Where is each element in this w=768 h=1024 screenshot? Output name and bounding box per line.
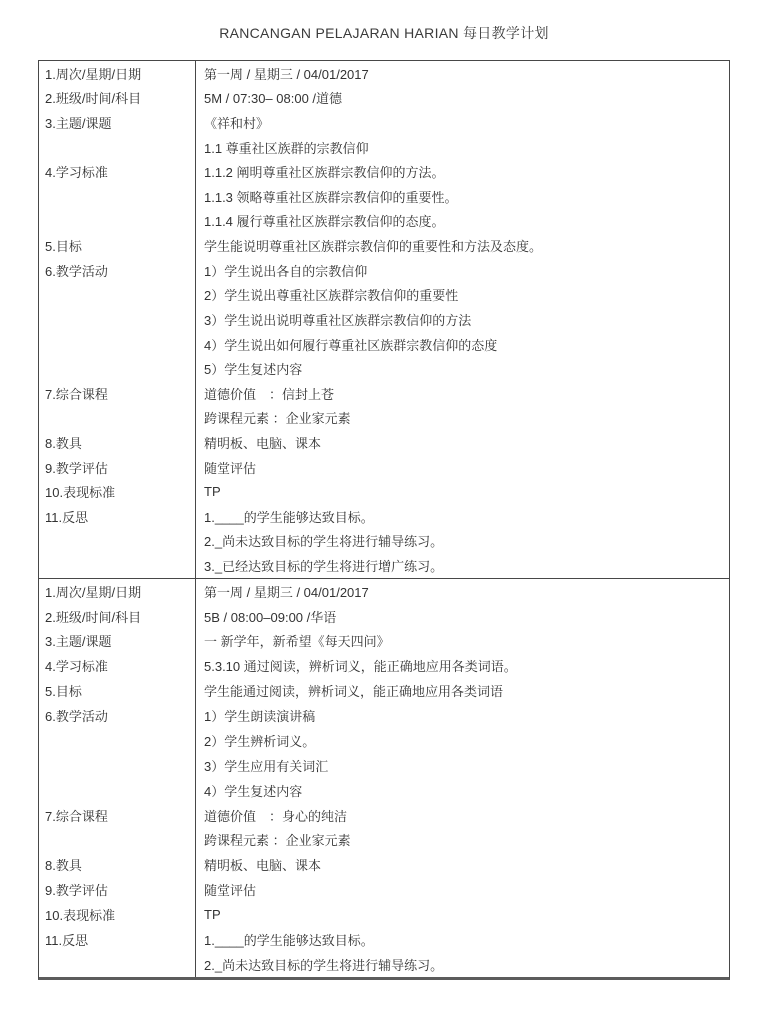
row-label: 5.目标 bbox=[39, 678, 196, 703]
table-row: 3）学生应用有关词汇 bbox=[39, 753, 729, 778]
row-label: 9.教学评估 bbox=[39, 877, 196, 902]
row-label bbox=[39, 356, 196, 381]
document-page: RANCANGAN PELAJARAN HARIAN 每日教学计划 1.周次/星… bbox=[0, 0, 768, 1024]
table-row: 5）学生复述内容 bbox=[39, 356, 729, 381]
row-content: TP bbox=[196, 902, 729, 927]
table-row: 跨课程元素 ：企业家元素 bbox=[39, 828, 729, 853]
row-content: 随堂评估 bbox=[196, 455, 729, 480]
row-content: 2）学生说出尊重社区族群宗教信仰的重要性 bbox=[196, 282, 729, 307]
row-label: 1.周次/星期/日期 bbox=[39, 61, 196, 86]
table-row: 5.目标学生能通过阅读，辨析词义，能正确地应用各类词语 bbox=[39, 678, 729, 703]
page-title: RANCANGAN PELAJARAN HARIAN 每日教学计划 bbox=[0, 0, 768, 42]
table-row: 9.教学评估随堂评估 bbox=[39, 455, 729, 480]
row-content: 1.1 尊重社区族群的宗教信仰 bbox=[196, 135, 729, 160]
row-content: 学生能说明尊重社区族群宗教信仰的重要性和方法及态度。 bbox=[196, 233, 729, 258]
row-label: 3.主题/课题 bbox=[39, 629, 196, 654]
table-row: 2._尚未达致目标的学生将进行辅导练习。 bbox=[39, 529, 729, 554]
table-row: 3._已经达致目标的学生将进行增广练习。 bbox=[39, 553, 729, 578]
table-row: 3.主题/课题《祥和村》 bbox=[39, 110, 729, 135]
row-label bbox=[39, 307, 196, 332]
row-label: 7.综合课程 bbox=[39, 381, 196, 406]
row-label bbox=[39, 828, 196, 853]
row-content: 精明板、电脑、课本 bbox=[196, 852, 729, 877]
row-content: 跨课程元素 ：企业家元素 bbox=[196, 828, 729, 853]
row-label: 10.表现标准 bbox=[39, 479, 196, 504]
table-row: 7.综合课程道德价值 ：信封上苍 bbox=[39, 381, 729, 406]
row-content: 1.1.4 履行尊重社区族群宗教信仰的态度。 bbox=[196, 209, 729, 234]
row-label: 5.目标 bbox=[39, 233, 196, 258]
row-label bbox=[39, 753, 196, 778]
table-row: 1.1 尊重社区族群的宗教信仰 bbox=[39, 135, 729, 160]
row-label: 4.学习标准 bbox=[39, 653, 196, 678]
row-label bbox=[39, 332, 196, 357]
row-label bbox=[39, 184, 196, 209]
row-content: 5M / 07:30– 08:00 /道德 bbox=[196, 86, 729, 111]
row-content: 4）学生说出如何履行尊重社区族群宗教信仰的态度 bbox=[196, 332, 729, 357]
row-label: 2.班级/时间/科目 bbox=[39, 86, 196, 111]
row-content: 1）学生说出各自的宗教信仰 bbox=[196, 258, 729, 283]
row-content: 1.____的学生能够达致目标。 bbox=[196, 927, 729, 952]
table-row: 2._尚未达致目标的学生将进行辅导练习。 bbox=[39, 952, 729, 977]
row-label: 11.反思 bbox=[39, 927, 196, 952]
row-label: 6.教学活动 bbox=[39, 258, 196, 283]
table-row: 10.表现标准TP bbox=[39, 479, 729, 504]
table-row: 1.1.4 履行尊重社区族群宗教信仰的态度。 bbox=[39, 209, 729, 234]
row-content: 5）学生复述内容 bbox=[196, 356, 729, 381]
row-content: 2._尚未达致目标的学生将进行辅导练习。 bbox=[196, 529, 729, 554]
row-label: 10.表现标准 bbox=[39, 902, 196, 927]
row-label bbox=[39, 406, 196, 431]
table-row: 9.教学评估随堂评估 bbox=[39, 877, 729, 902]
table-row: 4.学习标准1.1.2 阐明尊重社区族群宗教信仰的方法。 bbox=[39, 159, 729, 184]
table-row: 4.学习标准5.3.10 通过阅读，辨析词义，能正确地应用各类词语。 bbox=[39, 653, 729, 678]
row-content: 1.1.2 阐明尊重社区族群宗教信仰的方法。 bbox=[196, 159, 729, 184]
table-row: 6.教学活动1）学生说出各自的宗教信仰 bbox=[39, 258, 729, 283]
table-row: 3）学生说出说明尊重社区族群宗教信仰的方法 bbox=[39, 307, 729, 332]
row-label: 8.教具 bbox=[39, 430, 196, 455]
row-label bbox=[39, 553, 196, 578]
lesson-section-1: 1.周次/星期/日期第一周 / 星期三 / 04/01/20172.班级/时间/… bbox=[39, 61, 729, 578]
table-row: 8.教具精明板、电脑、课本 bbox=[39, 430, 729, 455]
row-label bbox=[39, 282, 196, 307]
table-row: 2.班级/时间/科目5M / 07:30– 08:00 /道德 bbox=[39, 86, 729, 111]
row-content: 2）学生辨析词义。 bbox=[196, 728, 729, 753]
row-content: 道德价值 ：信封上苍 bbox=[196, 381, 729, 406]
row-content: 5B / 08:00–09:00 /华语 bbox=[196, 604, 729, 629]
table-row: 3.主题/课题一 新学年，新希望《每天四问》 bbox=[39, 629, 729, 654]
table-row: 11.反思1.____的学生能够达致目标。 bbox=[39, 504, 729, 529]
row-content: 3）学生说出说明尊重社区族群宗教信仰的方法 bbox=[196, 307, 729, 332]
row-label bbox=[39, 728, 196, 753]
table-row: 2）学生辨析词义。 bbox=[39, 728, 729, 753]
table-row: 10.表现标准TP bbox=[39, 902, 729, 927]
row-content: 精明板、电脑、课本 bbox=[196, 430, 729, 455]
table-row: 2.班级/时间/科目5B / 08:00–09:00 /华语 bbox=[39, 604, 729, 629]
table-row: 1.1.3 领略尊重社区族群宗教信仰的重要性。 bbox=[39, 184, 729, 209]
table-row: 2）学生说出尊重社区族群宗教信仰的重要性 bbox=[39, 282, 729, 307]
row-label bbox=[39, 778, 196, 803]
row-content: 1.1.3 领略尊重社区族群宗教信仰的重要性。 bbox=[196, 184, 729, 209]
row-label bbox=[39, 952, 196, 977]
row-content: 1）学生朗读演讲稿 bbox=[196, 703, 729, 728]
row-content: TP bbox=[196, 479, 729, 504]
row-content: 2._尚未达致目标的学生将进行辅导练习。 bbox=[196, 952, 729, 977]
lesson-plan-table: 1.周次/星期/日期第一周 / 星期三 / 04/01/20172.班级/时间/… bbox=[38, 60, 730, 980]
row-label: 3.主题/课题 bbox=[39, 110, 196, 135]
row-content: 5.3.10 通过阅读，辨析词义，能正确地应用各类词语。 bbox=[196, 653, 729, 678]
row-content: 1.____的学生能够达致目标。 bbox=[196, 504, 729, 529]
row-content: 一 新学年，新希望《每天四问》 bbox=[196, 629, 729, 654]
lesson-section-2: 1.周次/星期/日期第一周 / 星期三 / 04/01/20172.班级/时间/… bbox=[39, 578, 729, 977]
row-label: 6.教学活动 bbox=[39, 703, 196, 728]
row-content: 《祥和村》 bbox=[196, 110, 729, 135]
row-label: 2.班级/时间/科目 bbox=[39, 604, 196, 629]
row-content: 随堂评估 bbox=[196, 877, 729, 902]
table-row: 1.周次/星期/日期第一周 / 星期三 / 04/01/2017 bbox=[39, 579, 729, 604]
table-row: 11.反思1.____的学生能够达致目标。 bbox=[39, 927, 729, 952]
table-row: 6.教学活动1）学生朗读演讲稿 bbox=[39, 703, 729, 728]
table-row: 1.周次/星期/日期第一周 / 星期三 / 04/01/2017 bbox=[39, 61, 729, 86]
table-row: 跨课程元素 ：企业家元素 bbox=[39, 406, 729, 431]
row-content: 第一周 / 星期三 / 04/01/2017 bbox=[196, 61, 729, 86]
row-label: 7.综合课程 bbox=[39, 803, 196, 828]
row-label: 4.学习标准 bbox=[39, 159, 196, 184]
row-content: 4）学生复述内容 bbox=[196, 778, 729, 803]
table-row: 7.综合课程道德价值 ：身心的纯洁 bbox=[39, 803, 729, 828]
table-row: 5.目标学生能说明尊重社区族群宗教信仰的重要性和方法及态度。 bbox=[39, 233, 729, 258]
row-content: 3._已经达致目标的学生将进行增广练习。 bbox=[196, 553, 729, 578]
row-content: 3）学生应用有关词汇 bbox=[196, 753, 729, 778]
row-label: 8.教具 bbox=[39, 852, 196, 877]
row-label: 9.教学评估 bbox=[39, 455, 196, 480]
row-label: 11.反思 bbox=[39, 504, 196, 529]
table-row: 8.教具精明板、电脑、课本 bbox=[39, 852, 729, 877]
table-row: 4）学生说出如何履行尊重社区族群宗教信仰的态度 bbox=[39, 332, 729, 357]
row-label bbox=[39, 529, 196, 554]
row-label bbox=[39, 135, 196, 160]
table-row: 4）学生复述内容 bbox=[39, 778, 729, 803]
row-label: 1.周次/星期/日期 bbox=[39, 579, 196, 604]
row-content: 道德价值 ：身心的纯洁 bbox=[196, 803, 729, 828]
row-content: 第一周 / 星期三 / 04/01/2017 bbox=[196, 579, 729, 604]
row-content: 跨课程元素 ：企业家元素 bbox=[196, 406, 729, 431]
row-label bbox=[39, 209, 196, 234]
row-content: 学生能通过阅读，辨析词义，能正确地应用各类词语 bbox=[196, 678, 729, 703]
